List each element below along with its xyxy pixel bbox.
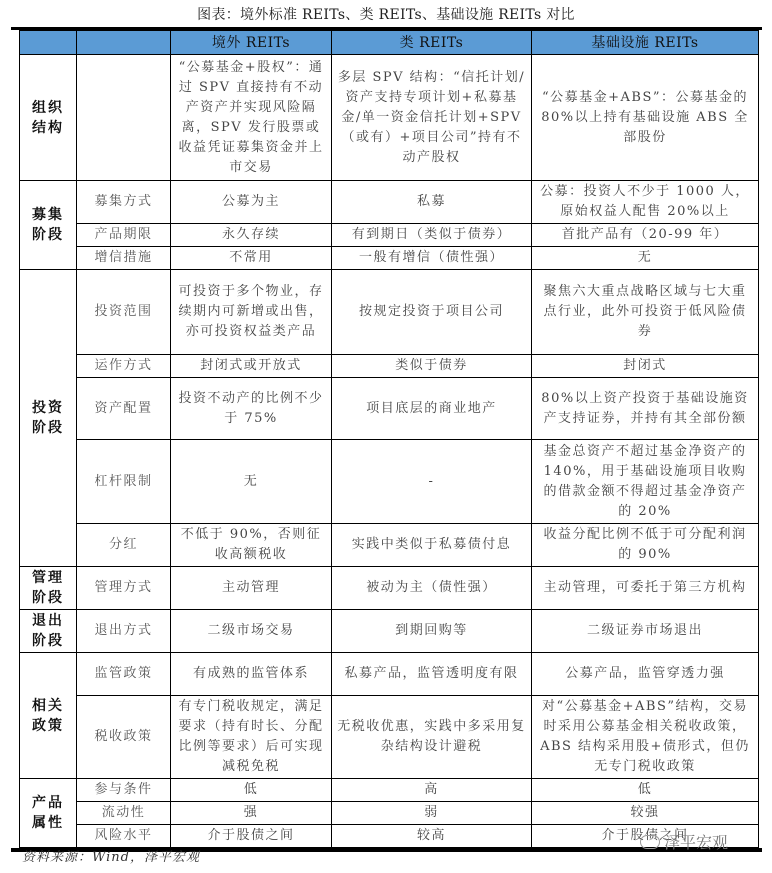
- sub-cell: 运作方式: [77, 355, 171, 378]
- infra-cell: 二级证券市场退出: [532, 610, 759, 653]
- category-cell: 相关政策: [20, 653, 77, 779]
- quasi-cell: 实践中类似于私募债付息: [332, 524, 532, 567]
- infra-cell: 首批产品有（20-99 年）: [532, 224, 759, 247]
- infra-cell: 对“公募基金+ABS”结构，交易时采用公募基金相关税收政策，ABS 结构采用股+…: [532, 696, 759, 779]
- quasi-cell: 多层 SPV 结构：“信托计划/资产支持专项计划+私募基金/单一资金信托计划+S…: [332, 55, 532, 181]
- quasi-cell: 项目底层的商业地产: [332, 378, 532, 440]
- comparison-table-container: 境外 REITs 类 REITs 基础设施 REITs 组织结构 “公募基金+股…: [11, 27, 762, 852]
- sub-cell: 增信措施: [77, 247, 171, 270]
- table-row: 运作方式 封闭式或开放式 类似于债券 封闭式: [20, 355, 759, 378]
- overseas-cell: 强: [171, 802, 332, 825]
- infra-cell: 封闭式: [532, 355, 759, 378]
- quasi-cell: 无税收优惠，实践中多采用复杂结构设计避税: [332, 696, 532, 779]
- sub-cell: [77, 55, 171, 181]
- category-cell: 退出阶段: [20, 610, 77, 653]
- sub-cell: 募集方式: [77, 181, 171, 224]
- overseas-cell: 有成熟的监管体系: [171, 653, 332, 696]
- table-row: 增信措施 不常用 一般有增信（债性强） 无: [20, 247, 759, 270]
- infra-cell: 公募产品，监管穿透力强: [532, 653, 759, 696]
- overseas-cell: 封闭式或开放式: [171, 355, 332, 378]
- table-row: 相关政策 监管政策 有成熟的监管体系 私募产品，监管透明度有限 公募产品，监管穿…: [20, 653, 759, 696]
- overseas-cell: 介于股债之间: [171, 825, 332, 848]
- quasi-cell: 弱: [332, 802, 532, 825]
- overseas-cell: 不常用: [171, 247, 332, 270]
- category-cell: 募集阶段: [20, 181, 77, 270]
- table-row: 募集阶段 募集方式 公募为主 私募 公募：投资人不少于 1000 人，原始权益人…: [20, 181, 759, 224]
- header-row: 境外 REITs 类 REITs 基础设施 REITs: [20, 31, 759, 55]
- table-row: 退出阶段 退出方式 二级市场交易 到期回购等 二级证券市场退出: [20, 610, 759, 653]
- table-row: 分红 不低于 90%，否则征收高额税收 实践中类似于私募债付息 收益分配比例不低…: [20, 524, 759, 567]
- table-row: 税收政策 有专门税收规定，满足要求（持有时长、分配比例等要求）后可实现减税免税 …: [20, 696, 759, 779]
- table-row: 投资阶段 投资范围 可投资于多个物业，存续期内可新增或出售，亦可投资权益类产品 …: [20, 270, 759, 355]
- infra-cell: 低: [532, 779, 759, 802]
- overseas-cell: 主动管理: [171, 567, 332, 610]
- quasi-cell: 到期回购等: [332, 610, 532, 653]
- infra-cell: “公募基金+ABS”：公募基金的 80%以上持有基础设施 ABS 全部股份: [532, 55, 759, 181]
- infra-cell: 收益分配比例不低于可分配利润的 90%: [532, 524, 759, 567]
- quasi-cell: 一般有增信（债性强）: [332, 247, 532, 270]
- sub-cell: 管理方式: [77, 567, 171, 610]
- watermark-text: 泽平宏观: [664, 830, 728, 853]
- overseas-cell: 低: [171, 779, 332, 802]
- category-cell: 投资阶段: [20, 270, 77, 567]
- table-row: 管理阶段 管理方式 主动管理 被动为主（债性强） 主动管理，可委托于第三方机构: [20, 567, 759, 610]
- sub-cell: 资产配置: [77, 378, 171, 440]
- infra-cell: 无: [532, 247, 759, 270]
- sub-cell: 监管政策: [77, 653, 171, 696]
- overseas-cell: 不低于 90%，否则征收高额税收: [171, 524, 332, 567]
- header-sub: [77, 31, 171, 55]
- header-infra: 基础设施 REITs: [532, 31, 759, 55]
- quasi-cell: 被动为主（债性强）: [332, 567, 532, 610]
- sub-cell: 税收政策: [77, 696, 171, 779]
- overseas-cell: 永久存续: [171, 224, 332, 247]
- category-cell: 管理阶段: [20, 567, 77, 610]
- table-row: 组织结构 “公募基金+股权”：通过 SPV 直接持有不动产资产并实现风险隔离，S…: [20, 55, 759, 181]
- sub-cell: 风险水平: [77, 825, 171, 848]
- header-category: [20, 31, 77, 55]
- category-cell: 组织结构: [20, 55, 77, 181]
- overseas-cell: 投资不动产的比例不少于 75%: [171, 378, 332, 440]
- sub-cell: 产品期限: [77, 224, 171, 247]
- watermark: 泽平宏观: [640, 830, 728, 853]
- overseas-cell: 二级市场交易: [171, 610, 332, 653]
- table-row: 产品期限 永久存续 有到期日（类似于债券） 首批产品有（20-99 年）: [20, 224, 759, 247]
- infra-cell: 较强: [532, 802, 759, 825]
- sub-cell: 投资范围: [77, 270, 171, 355]
- category-cell: 产品属性: [20, 779, 77, 848]
- sub-cell: 参与条件: [77, 779, 171, 802]
- quasi-cell: 类似于债券: [332, 355, 532, 378]
- quasi-cell: 较高: [332, 825, 532, 848]
- overseas-cell: 公募为主: [171, 181, 332, 224]
- overseas-cell: 可投资于多个物业，存续期内可新增或出售，亦可投资权益类产品: [171, 270, 332, 355]
- overseas-cell: “公募基金+股权”：通过 SPV 直接持有不动产资产并实现风险隔离，SPV 发行…: [171, 55, 332, 181]
- infra-cell: 基金总资产不超过基金净资产的 140%，用于基础设施项目收购的借款金额不得超过基…: [532, 440, 759, 524]
- infra-cell: 主动管理，可委托于第三方机构: [532, 567, 759, 610]
- quasi-cell: -: [332, 440, 532, 524]
- table-row: 流动性 强 弱 较强: [20, 802, 759, 825]
- infra-cell: 公募：投资人不少于 1000 人，原始权益人配售 20%以上: [532, 181, 759, 224]
- quasi-cell: 有到期日（类似于债券）: [332, 224, 532, 247]
- sub-cell: 分红: [77, 524, 171, 567]
- header-quasi: 类 REITs: [332, 31, 532, 55]
- table-row: 杠杆限制 无 - 基金总资产不超过基金净资产的 140%，用于基础设施项目收购的…: [20, 440, 759, 524]
- table-row: 资产配置 投资不动产的比例不少于 75% 项目底层的商业地产 80%以上资产投资…: [20, 378, 759, 440]
- quasi-cell: 按规定投资于项目公司: [332, 270, 532, 355]
- quasi-cell: 高: [332, 779, 532, 802]
- reits-comparison-table: 境外 REITs 类 REITs 基础设施 REITs 组织结构 “公募基金+股…: [19, 30, 759, 848]
- header-overseas: 境外 REITs: [171, 31, 332, 55]
- sub-cell: 退出方式: [77, 610, 171, 653]
- wechat-icon: [640, 835, 660, 849]
- quasi-cell: 私募产品，监管透明度有限: [332, 653, 532, 696]
- overseas-cell: 无: [171, 440, 332, 524]
- table-row: 产品属性 参与条件 低 高 低: [20, 779, 759, 802]
- source-note: 资料来源：Wind，泽平宏观: [22, 846, 200, 865]
- overseas-cell: 有专门税收规定，满足要求（持有时长、分配比例等要求）后可实现减税免税: [171, 696, 332, 779]
- quasi-cell: 私募: [332, 181, 532, 224]
- table-title: 图表：境外标准 REITs、类 REITs、基础设施 REITs 对比: [0, 4, 772, 24]
- infra-cell: 80%以上资产投资于基础设施资产支持证券，并持有其全部份额: [532, 378, 759, 440]
- sub-cell: 流动性: [77, 802, 171, 825]
- infra-cell: 聚焦六大重点战略区域与七大重点行业，此外可投资于低风险债券: [532, 270, 759, 355]
- sub-cell: 杠杆限制: [77, 440, 171, 524]
